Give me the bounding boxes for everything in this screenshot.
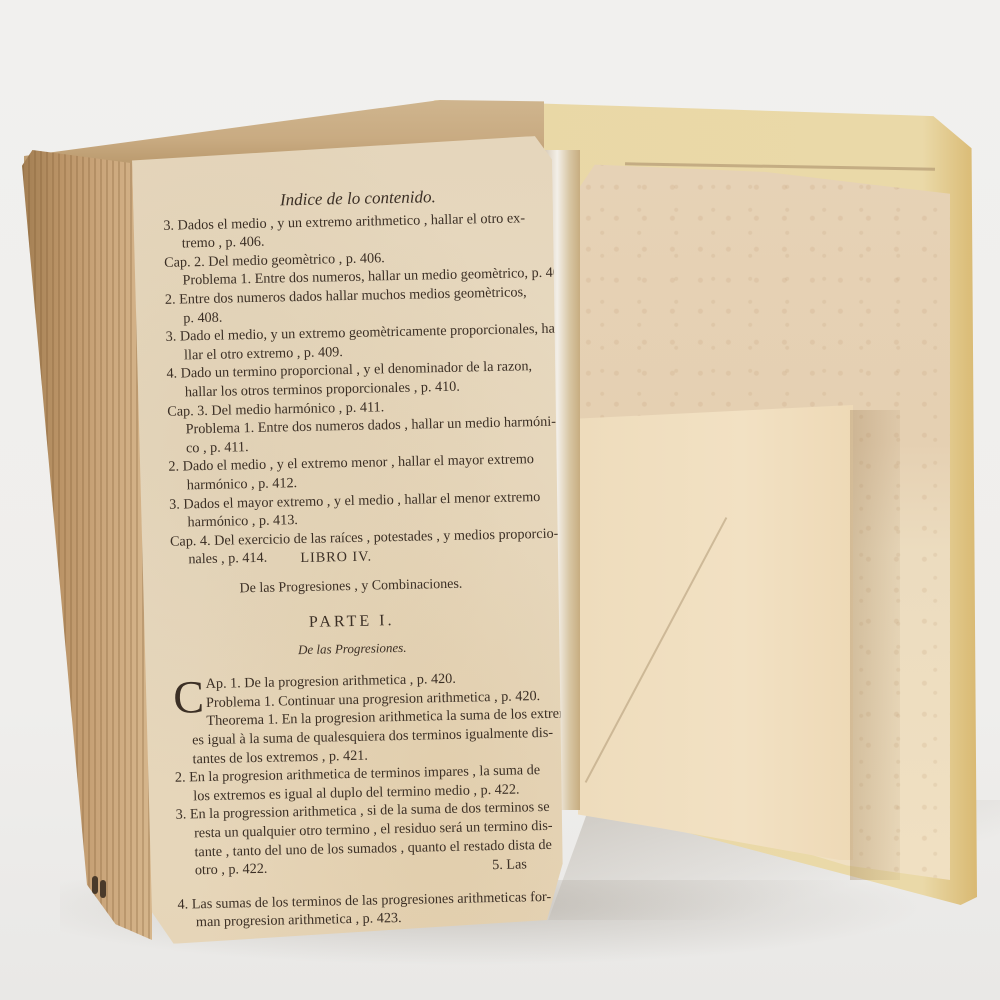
- index-part-2: C Ap. 1. De la progresion arithmetica , …: [173, 668, 538, 932]
- parte-heading: PARTE I.: [172, 609, 532, 635]
- index-part-1: 3. Dados el medio , y un extremo arithme…: [163, 209, 530, 570]
- parte-subtitle: De las Progresiones.: [172, 636, 532, 662]
- page-title: Indice de lo contenido.: [193, 186, 523, 212]
- drop-cap: C: [173, 677, 205, 718]
- text-block-fore-edge: [22, 150, 152, 940]
- libro-subtitle: De las Progresiones , y Combinaciones.: [171, 575, 531, 601]
- cover-edge-shade: [850, 410, 900, 880]
- edge-stain: [100, 880, 106, 898]
- page-text: Indice de lo contenido. 3. Dados el medi…: [163, 186, 538, 932]
- index-page: Indice de lo contenido. 3. Dados el medi…: [132, 136, 569, 945]
- libro-heading: LIBRO IV.: [300, 544, 530, 567]
- flyleaf: [578, 405, 853, 860]
- edge-stain: [92, 876, 98, 894]
